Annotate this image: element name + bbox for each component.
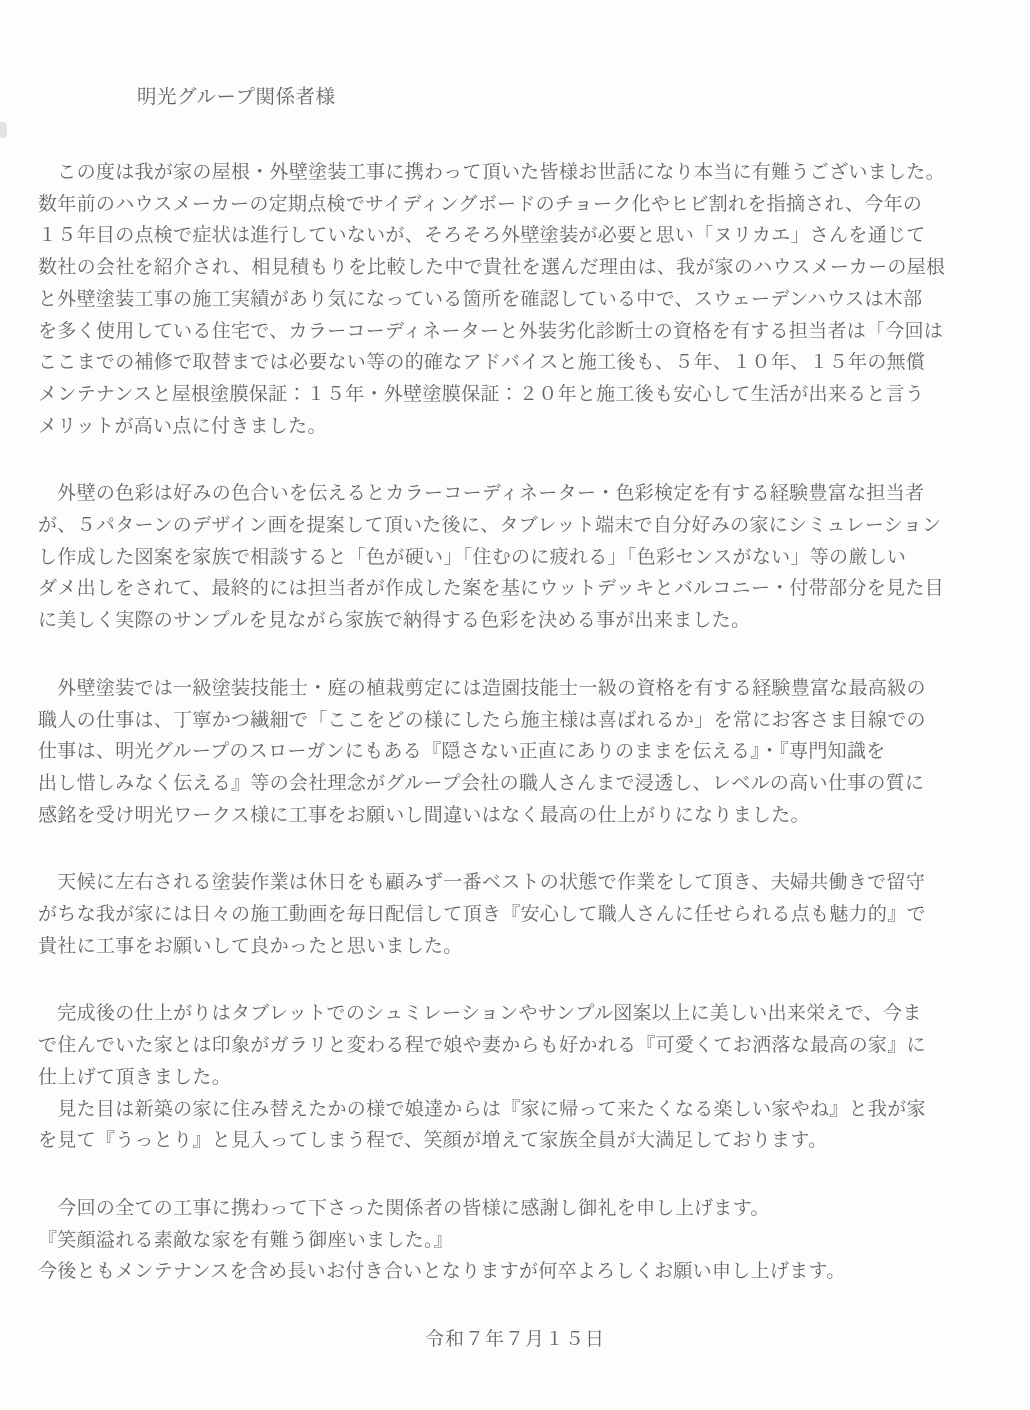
text-line: が、５パターンのデザイン画を提案して頂いた後に、タブレット端末で自分好みの家にシ…: [38, 510, 992, 542]
recipient-line: 明光グループ関係者様: [137, 84, 992, 110]
text-line: で住んでいた家とは印象がガラリと変わる程で娘や妻からも好かれる『可愛くてお洒落な…: [38, 1030, 992, 1062]
text-line: 『笑顔溢れる素敵な家を有難う御座いました。』: [38, 1225, 992, 1257]
text-line: 数年前のハウスメーカーの定期点検でサイディングボードのチョーク化やヒビ割れを指摘…: [38, 189, 992, 221]
text-line: 今回の全ての工事に携わって下さった関係者の皆様に感謝し御礼を申し上げます。: [38, 1193, 992, 1225]
text-line: 出し惜しみなく伝える』等の会社理念がグループ会社の職人さんまで浸透し、レベルの高…: [38, 768, 992, 800]
text-line: 貴社に工事をお願いして良かったと思いました。: [38, 931, 992, 963]
paragraph: 天候に左右される塗装作業は休日をも顧みず一番ベストの状態で作業をして頂き、夫婦共…: [38, 867, 992, 962]
text-line: 職人の仕事は、丁寧かつ繊細で「ここをどの様にしたら施主様は喜ばれるか」を常にお客…: [38, 705, 992, 737]
paragraph: この度は我が家の屋根・外壁塗装工事に携わって頂いた皆様お世話になり本当に有難うご…: [38, 157, 992, 442]
text-line: この度は我が家の屋根・外壁塗装工事に携わって頂いた皆様お世話になり本当に有難うご…: [38, 157, 992, 189]
text-line: 外壁塗装では一級塗装技能士・庭の植栽剪定には造園技能士一級の資格を有する経験豊富…: [38, 673, 992, 705]
scan-artifact: [0, 122, 7, 138]
text-line: メリットが高い点に付きました。: [38, 411, 992, 443]
paragraph: 外壁塗装では一級塗装技能士・庭の植栽剪定には造園技能士一級の資格を有する経験豊富…: [38, 673, 992, 832]
text-line: 数社の会社を紹介され、相見積もりを比較した中で貴社を選んだ理由は、我が家のハウス…: [38, 252, 992, 284]
text-line: を多く使用している住宅で、カラーコーディネーターと外装劣化診断士の資格を有する担…: [38, 316, 992, 348]
paragraph: 完成後の仕上がりはタブレットでのシュミレーションやサンプル図案以上に美しい出来栄…: [38, 998, 992, 1157]
text-line: がちな我が家には日々の施工動画を毎日配信して頂き『安心して職人さんに任せられる点…: [38, 899, 992, 931]
date-line: 令和７年７月１５日: [38, 1324, 992, 1356]
letter-page: 明光グループ関係者様 この度は我が家の屋根・外壁塗装工事に携わって頂いた皆様お世…: [0, 0, 1030, 1410]
text-line: ここまでの補修で取替までは必要ない等の的確なアドバイスと施工後も、５年、１０年、…: [38, 347, 992, 379]
text-line: に美しく実際のサンプルを見ながら家族で納得する色彩を決める事が出来ました。: [38, 605, 992, 637]
text-line: １５年目の点検で症状は進行していないが、そろそろ外壁塗装が必要と思い「ヌリカエ」…: [38, 220, 992, 252]
text-line: 感銘を受け明光ワークス様に工事をお願いし間違いはなく最高の仕上がりになりました。: [38, 800, 992, 832]
text-line: 仕上げて頂きました。: [38, 1062, 992, 1094]
letter-body: この度は我が家の屋根・外壁塗装工事に携わって頂いた皆様お世話になり本当に有難うご…: [38, 157, 992, 1288]
text-line: と外壁塗装工事の施工実績があり気になっている箇所を確認している中で、スウェーデン…: [38, 284, 992, 316]
text-line: 完成後の仕上がりはタブレットでのシュミレーションやサンプル図案以上に美しい出来栄…: [38, 998, 992, 1030]
text-line: 見た目は新築の家に住み替えたかの様で娘達からは『家に帰って来たくなる楽しい家やね…: [38, 1094, 992, 1126]
text-line: を見て『うっとり』と見入ってしまう程で、笑顔が増えて家族全員が大満足しております…: [38, 1125, 992, 1157]
text-line: 今後ともメンテナンスを含め長いお付き合いとなりますが何卒よろしくお願い申し上げま…: [38, 1256, 992, 1288]
paragraph: 今回の全ての工事に携わって下さった関係者の皆様に感謝し御礼を申し上げます。『笑顔…: [38, 1193, 992, 1288]
text-line: 仕事は、明光グループのスローガンにもある『隠さない正直にありのままを伝える』・『…: [38, 736, 992, 768]
text-line: し作成した図案を家族で相談すると「色が硬い」「住むのに疲れる」「色彩センスがない…: [38, 542, 992, 574]
text-line: メンテナンスと屋根塗膜保証：１５年・外壁塗膜保証：２０年と施工後も安心して生活が…: [38, 379, 992, 411]
text-line: ダメ出しをされて、最終的には担当者が作成した案を基にウットデッキとバルコニー・付…: [38, 573, 992, 605]
paragraph: 外壁の色彩は好みの色合いを伝えるとカラーコーディネーター・色彩検定を有する経験豊…: [38, 478, 992, 637]
text-line: 外壁の色彩は好みの色合いを伝えるとカラーコーディネーター・色彩検定を有する経験豊…: [38, 478, 992, 510]
text-line: 天候に左右される塗装作業は休日をも顧みず一番ベストの状態で作業をして頂き、夫婦共…: [38, 867, 992, 899]
